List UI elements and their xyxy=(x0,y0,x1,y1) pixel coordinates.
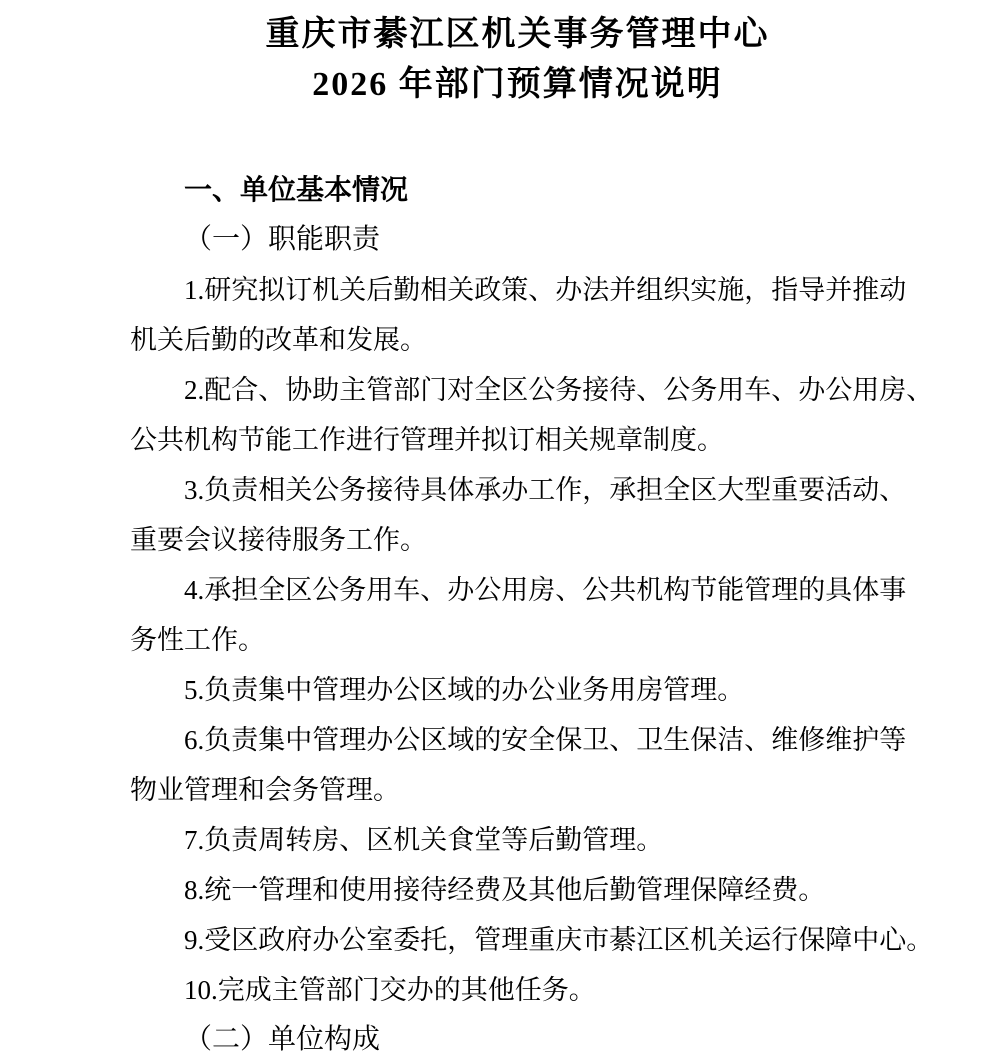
duty-paragraph-line: 公共机构节能工作进行管理并拟订相关规章制度。 xyxy=(130,415,905,465)
duty-paragraph-line: 务性工作。 xyxy=(130,615,905,665)
duty-paragraph-line: 7.负责周转房、区机关食堂等后勤管理。 xyxy=(130,815,905,865)
duty-paragraph-line: 重要会议接待服务工作。 xyxy=(130,515,905,565)
duty-paragraph-line: 3.负责相关公务接待具体承办工作，承担全区大型重要活动、 xyxy=(130,465,905,515)
duty-paragraph-line: 6.负责集中管理办公区域的安全保卫、卫生保洁、维修维护等 xyxy=(130,715,905,765)
duty-paragraph-line: 物业管理和会务管理。 xyxy=(130,765,905,815)
duty-paragraph-line: 2.配合、协助主管部门对全区公务接待、公务用车、办公用房、 xyxy=(130,365,905,415)
duty-paragraph-line: 9.受区政府办公室委托，管理重庆市綦江区机关运行保障中心。 xyxy=(130,915,905,965)
duty-paragraph-line: 5.负责集中管理办公区域的办公业务用房管理。 xyxy=(130,665,905,715)
duty-paragraph-line: 8.统一管理和使用接待经费及其他后勤管理保障经费。 xyxy=(130,865,905,915)
duty-paragraph-line: 1.研究拟订机关后勤相关政策、办法并组织实施，指导并推动 xyxy=(130,265,905,315)
document-title-line-2: 2026 年部门预算情况说明 xyxy=(130,60,905,110)
document-page: 重庆市綦江区机关事务管理中心 2026 年部门预算情况说明 一、单位基本情况 （… xyxy=(0,0,1000,1063)
subsection-heading-duties: （一）职能职责 xyxy=(130,215,905,265)
section-heading-basic-info: 一、单位基本情况 xyxy=(130,165,905,215)
document-title-line-1: 重庆市綦江区机关事务管理中心 xyxy=(130,10,905,60)
document-body: 重庆市綦江区机关事务管理中心 2026 年部门预算情况说明 一、单位基本情况 （… xyxy=(0,0,1000,1063)
subsection-heading-unit-composition: （二）单位构成 xyxy=(130,1015,905,1063)
duty-paragraph-line: 4.承担全区公务用车、办公用房、公共机构节能管理的具体事 xyxy=(130,565,905,615)
duty-paragraph-line: 机关后勤的改革和发展。 xyxy=(130,315,905,365)
duty-paragraph-line: 10.完成主管部门交办的其他任务。 xyxy=(130,965,905,1015)
